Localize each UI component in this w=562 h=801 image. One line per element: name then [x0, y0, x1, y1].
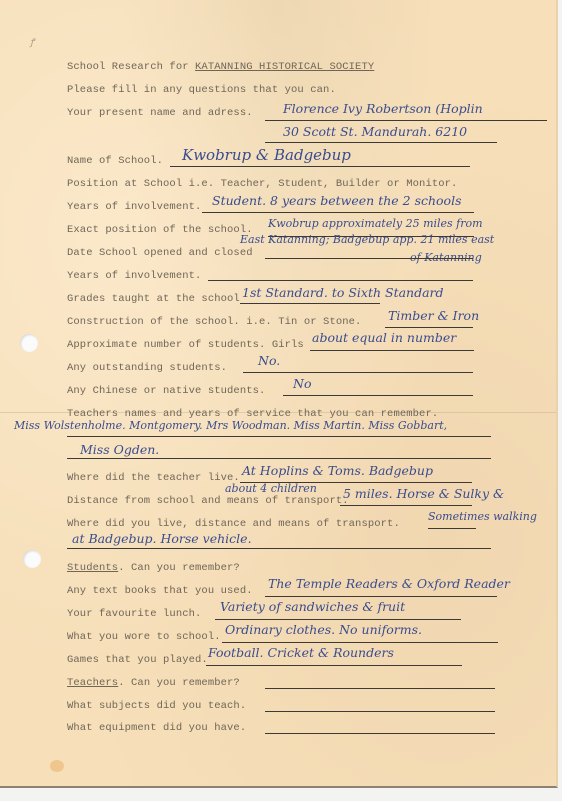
section-students: Students. Can you remember?	[67, 562, 240, 574]
label-position: Position at School i.e. Teacher, Student…	[67, 178, 457, 190]
punch-hole-top	[20, 334, 38, 352]
label-outstanding: Any outstanding students.	[67, 362, 227, 374]
answer-teacher-live[interactable]: At Hoplins & Toms. Badgebup	[242, 463, 433, 478]
blank-date-opened-closed	[265, 258, 473, 259]
answer-where-live-2[interactable]: at Badgebup. Horse vehicle.	[72, 531, 252, 546]
answer-grades[interactable]: 1st Standard. to Sixth Standard	[242, 285, 444, 300]
blank-games	[206, 665, 462, 666]
teachers-heading-label: . Can you remember?	[118, 677, 240, 689]
students-heading: Students	[67, 562, 118, 574]
answer-distance-annotation[interactable]: about 4 children	[225, 482, 317, 495]
label-subjects: What subjects did you teach.	[67, 700, 246, 712]
answer-teachers-1[interactable]: Miss Wolstenholme. Montgomery. Mrs Woodm…	[14, 419, 447, 432]
title-org: KATANNING HISTORICAL SOCIETY	[195, 61, 374, 73]
blank-name-address-1	[265, 120, 547, 121]
questionnaire-page: ꝭ School Research for KATANNING HISTORIC…	[0, 0, 558, 788]
teachers-heading: Teachers	[67, 677, 118, 689]
answer-chinese-native[interactable]: No	[293, 376, 311, 391]
answer-name[interactable]: Florence Ivy Robertson (Hoplin	[283, 101, 483, 116]
blank-num-students	[310, 350, 474, 351]
label-num-students: Approximate number of students. Girls	[67, 339, 304, 351]
label-distance-transport: Distance from school and means of transp…	[67, 495, 349, 507]
label-school-name: Name of School.	[67, 155, 163, 167]
label-games: Games that you played.	[67, 654, 208, 666]
blank-where-live-2	[67, 548, 491, 549]
blank-where-live-1	[428, 528, 476, 529]
stain-mark	[50, 760, 64, 772]
blank-teachers-remember[interactable]	[265, 688, 495, 689]
answer-num-students[interactable]: about equal in number	[312, 330, 456, 345]
pencil-mark: ꝭ	[30, 35, 34, 48]
answer-games[interactable]: Football. Cricket & Rounders	[208, 645, 394, 660]
label-where-live: Where did you live, distance and means o…	[67, 518, 400, 530]
blank-subjects[interactable]	[265, 711, 495, 712]
label-equipment: What equipment did you have.	[67, 722, 246, 734]
label-teacher-live: Where did the teacher live.	[67, 472, 240, 484]
label-text-books: Any text books that you used.	[67, 585, 253, 597]
blank-school-name	[170, 166, 470, 167]
blank-teachers-2	[67, 458, 491, 459]
label-years-involvement-2: Years of involvement.	[67, 270, 201, 282]
section-teachers: Teachers. Can you remember?	[67, 677, 240, 689]
blank-favourite-lunch	[215, 619, 461, 620]
blank-grades	[240, 303, 380, 304]
label-favourite-lunch: Your favourite lunch.	[67, 608, 201, 620]
punch-hole-bottom	[23, 550, 41, 568]
label-name-address: Your present name and adress.	[67, 107, 253, 119]
form-title: School Research for KATANNING HISTORICAL…	[67, 61, 374, 73]
answer-wore-to-school[interactable]: Ordinary clothes. No uniforms.	[225, 622, 422, 637]
students-heading-label: . Can you remember?	[118, 562, 240, 574]
label-construction: Construction of the school. i.e. Tin or …	[67, 316, 361, 328]
form-instructions: Please fill in any questions that you ca…	[67, 84, 336, 96]
label-exact-position: Exact position of the school.	[67, 224, 253, 236]
label-grades: Grades taught at the school	[67, 293, 240, 305]
answer-teachers-2[interactable]: Miss Ogden.	[80, 442, 159, 457]
blank-teachers-1	[67, 436, 491, 437]
answer-distance-transport[interactable]: 5 miles. Horse & Sulky &	[343, 486, 504, 501]
blank-name-address-2	[265, 142, 497, 143]
blank-outstanding	[243, 372, 473, 373]
blank-distance-transport	[340, 505, 472, 506]
answer-outstanding[interactable]: No.	[258, 353, 280, 368]
answer-school-name[interactable]: Kwobrup & Badgebup	[182, 146, 351, 164]
blank-equipment[interactable]	[265, 733, 495, 734]
answer-exact-position-2[interactable]: East Katanning; Badgebup app. 21 miles e…	[240, 233, 494, 246]
label-wore-to-school: What you wore to school.	[67, 631, 221, 643]
answer-favourite-lunch[interactable]: Variety of sandwiches & fruit	[220, 599, 405, 614]
blank-chinese-native	[283, 395, 473, 396]
label-date-opened-closed: Date School opened and closed	[67, 247, 253, 259]
blank-years-involvement-2	[208, 280, 473, 281]
title-prefix: School Research for	[67, 61, 189, 73]
blank-years-involvement-1	[202, 212, 474, 213]
label-chinese-native: Any Chinese or native students.	[67, 385, 265, 397]
answer-exact-position-1[interactable]: Kwobrup approximately 25 miles from	[268, 217, 483, 230]
answer-years-involvement-1[interactable]: Student. 8 years between the 2 schools	[212, 193, 462, 208]
answer-address[interactable]: 30 Scott St. Mandurah. 6210	[283, 124, 467, 139]
blank-construction	[385, 327, 473, 328]
answer-text-books[interactable]: The Temple Readers & Oxford Reader	[268, 576, 510, 591]
answer-construction[interactable]: Timber & Iron	[388, 308, 479, 323]
answer-where-live-1[interactable]: Sometimes walking	[428, 510, 537, 523]
label-years-involvement-1: Years of involvement.	[67, 201, 201, 213]
blank-text-books	[265, 596, 497, 597]
blank-wore-to-school	[222, 642, 498, 643]
